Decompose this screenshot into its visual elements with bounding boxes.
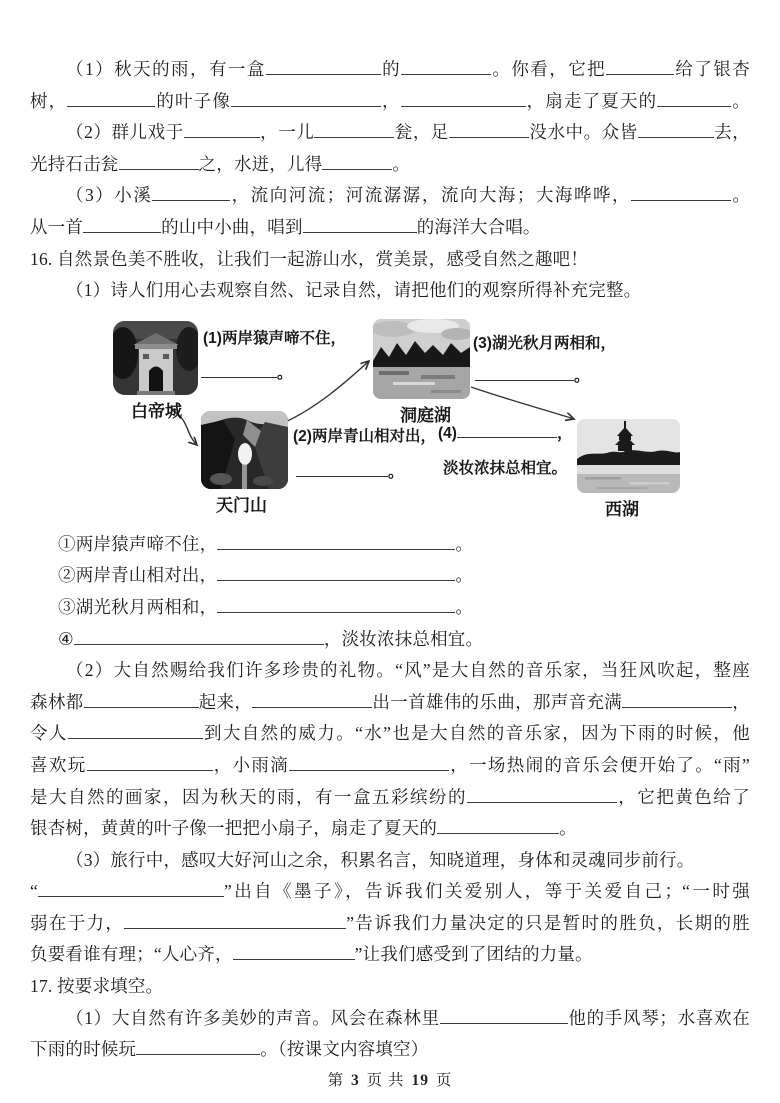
poem-scene-diagram: 白帝城 天门山 洞庭湖 西湖 (1)两岸猿声啼不住， 。 (2)两岸青山相对出，… xyxy=(100,311,700,523)
text-run: 。 xyxy=(455,534,473,554)
text-run: 。 xyxy=(731,185,750,205)
fill-in-blank xyxy=(437,817,559,834)
fill-in-blank xyxy=(217,596,455,613)
fill-in-blank xyxy=(38,880,224,897)
text-run: 的海洋大合唱。 xyxy=(417,217,541,237)
text-line: ④，淡妆浓抹总相宜。 xyxy=(30,624,750,656)
text-run: ，它把黄色给了 xyxy=(617,787,750,807)
fill-in-blank xyxy=(314,121,394,138)
fill-in-blank xyxy=(84,691,199,708)
text-line: 银杏树，黄黄的叶子像一把把小扇子，扇走了夏天的。 xyxy=(30,813,750,845)
text-line: 负要看谁有理；“人心齐，”让我们感受到了团结的力量。 xyxy=(30,939,750,971)
fill-in-blank xyxy=(231,90,381,107)
text-run: ”让我们感受到了团结的力量。 xyxy=(355,944,593,964)
fill-in-blank xyxy=(631,184,731,201)
text-run: （2）大自然赐给我们许多珍贵的礼物。“风”是大自然的音乐家，当狂风吹起，整座 xyxy=(66,660,750,680)
fill-in-blank xyxy=(217,564,455,581)
text-run: 森林都 xyxy=(30,692,84,712)
fill-in-blank xyxy=(401,58,491,75)
text-run: “ xyxy=(30,881,38,901)
text-run: （3）小溪 xyxy=(66,185,152,205)
mountain-cave-illustration xyxy=(201,411,288,489)
fill-in-blank xyxy=(657,90,731,107)
fill-in-blank xyxy=(289,754,449,771)
text-run: 光持石击瓮 xyxy=(30,154,119,174)
poem-line-1-answer: 。 xyxy=(201,361,293,383)
footer-text: 页 xyxy=(436,1072,453,1089)
text-run: 。（按课文内容填空） xyxy=(260,1039,428,1059)
text-run: ”告诉我们力量决定的只是暂时的胜负，长期的胜 xyxy=(346,913,750,933)
fill-in-blank xyxy=(322,153,392,170)
text-run: ，小雨滴 xyxy=(213,755,290,775)
question-15-block: （1）秋天的雨，有一盒的。你看，它把给了银杏树，的叶子像，，扇走了夏天的。（2）… xyxy=(30,54,750,307)
xihu-caption: 西湖 xyxy=(605,495,639,520)
fill-in-blank xyxy=(217,533,455,550)
poem-line-1-label: (1)两岸猿声啼不住， xyxy=(203,326,346,348)
fill-in-blank xyxy=(622,691,732,708)
fill-in-blank xyxy=(467,785,617,802)
tianmenshan-caption: 天门山 xyxy=(216,491,267,516)
text-run: 给了银杏 xyxy=(674,59,750,79)
text-line: 树，的叶子像，，扇走了夏天的。 xyxy=(30,86,750,118)
page-footer: 第 3 页 共 19 页 xyxy=(30,1068,750,1090)
text-run: ，扇走了夏天的 xyxy=(526,91,658,111)
text-line: 令人到大自然的威力。“水”也是大自然的音乐家，因为下雨的时候，他 xyxy=(30,718,750,750)
text-run: （3）旅行中，感叹大好河山之余，积累名言，知晓道理，身体和灵魂同步前行。 xyxy=(66,850,694,870)
exam-page: （1）秋天的雨，有一盒的。你看，它把给了银杏树，的叶子像，，扇走了夏天的。（2）… xyxy=(0,0,780,1103)
xihu-photo xyxy=(577,419,680,493)
text-run: ， xyxy=(732,692,750,712)
fill-in-blank xyxy=(440,1007,568,1024)
text-run: 瓮，足 xyxy=(394,122,449,142)
fill-in-blank xyxy=(638,121,714,138)
text-run: ”出自《墨子》，告诉我们关爱别人，等于关爱自己；“一时强 xyxy=(224,881,750,901)
text-run: 17. 按要求填空。 xyxy=(30,976,163,996)
text-run: 他的手风琴；水喜欢在 xyxy=(568,1008,750,1028)
text-run: 。 xyxy=(559,818,577,838)
text-run: 银杏树，黄黄的叶子像一把把小扇子，扇走了夏天的 xyxy=(30,818,437,838)
footer-text: 页 共 xyxy=(367,1072,405,1089)
text-line: （3）小溪，流向河流；河流潺潺，流向大海；大海哗哗，。 xyxy=(30,180,750,212)
fill-in-blank xyxy=(606,58,674,75)
text-line: 森林都起来，出一首雄伟的乐曲，那声音充满， xyxy=(30,687,750,719)
text-run: ， xyxy=(381,91,401,111)
fill-in-blank xyxy=(266,58,381,75)
text-run: 下雨的时候玩 xyxy=(30,1039,136,1059)
period: 。 xyxy=(277,365,293,382)
text-run: 之，水迸，儿得 xyxy=(199,154,323,174)
text-run: 没水中。众皆 xyxy=(529,122,638,142)
fill-in-blank xyxy=(68,722,203,739)
text-line: ③湖光秋月两相和，。 xyxy=(30,592,750,624)
questions-16-17-block: ①两岸猿声啼不住，。②两岸青山相对出，。③湖光秋月两相和，。④，淡妆浓抹总相宜。… xyxy=(30,529,750,1066)
poem-line-4-row: (4)， xyxy=(438,421,572,443)
text-run: （1）大自然有许多美妙的声音。风会在森林里 xyxy=(66,1008,440,1028)
fill-in-blank xyxy=(201,364,277,378)
text-line: （3）旅行中，感叹大好河山之余，积累名言，知晓道理，身体和灵魂同步前行。 xyxy=(30,845,750,877)
pagoda-lake-illustration xyxy=(577,419,680,493)
text-line: （1）秋天的雨，有一盒的。你看，它把给了银杏 xyxy=(30,54,750,86)
text-line: 是大自然的画家，因为秋天的雨，有一盒五彩缤纷的，它把黄色给了 xyxy=(30,782,750,814)
text-line: 弱在于力，”告诉我们力量决定的只是暂时的胜负，长期的胜 xyxy=(30,908,750,940)
text-run: 弱在于力， xyxy=(30,913,124,933)
poem-line-4-prefix: (4) xyxy=(438,425,457,442)
fill-in-blank xyxy=(87,754,213,771)
poem-line-3-answer: 。 xyxy=(475,364,590,386)
text-run: 。 xyxy=(455,597,473,617)
tianmenshan-photo xyxy=(201,411,288,489)
text-line: 光持石击瓮之，水迸，儿得。 xyxy=(30,149,750,181)
text-run: ，一场热闹的音乐会便开始了。“雨” xyxy=(449,755,750,775)
fill-in-blank xyxy=(83,216,161,233)
text-run: 喜欢玩 xyxy=(30,755,87,775)
fill-in-blank xyxy=(457,424,557,438)
text-run: 令人 xyxy=(30,723,68,743)
text-run: 的山中小曲，唱到 xyxy=(161,217,303,237)
text-run: ，流向河流；河流潺潺，流向大海；大海哗哗， xyxy=(230,185,631,205)
temple-gate-illustration xyxy=(113,321,198,395)
text-line: ①两岸猿声啼不住，。 xyxy=(30,529,750,561)
poem-line-2-answer: 。 xyxy=(296,460,404,482)
text-run: （2）群儿戏于 xyxy=(66,122,184,142)
fill-in-blank xyxy=(119,153,199,170)
text-run: 到大自然的威力。“水”也是大自然的音乐家，因为下雨的时候，他 xyxy=(203,723,750,743)
text-run: （1）秋天的雨，有一盒 xyxy=(66,59,266,79)
text-run: 。你看，它把 xyxy=(491,59,606,79)
text-run: 树， xyxy=(30,91,67,111)
text-line: ②两岸青山相对出，。 xyxy=(30,560,750,592)
text-line: 喜欢玩，小雨滴，一场热闹的音乐会便开始了。“雨” xyxy=(30,750,750,782)
text-run: 负要看谁有理；“人心齐， xyxy=(30,944,233,964)
text-run: 。 xyxy=(392,154,410,174)
text-run: 16. 自然景色美不胜收，让我们一起游山水，赏美景，感受自然之趣吧！ xyxy=(30,249,588,269)
text-line: （2）群儿戏于，一儿瓮，足没水中。众皆去， xyxy=(30,117,750,149)
text-run: 的 xyxy=(381,59,401,79)
lake-mountains-illustration xyxy=(373,319,470,399)
text-run: ②两岸青山相对出， xyxy=(58,565,217,585)
text-run: （1）诗人们用心去观察自然、记录自然，请把他们的观察所得补充完整。 xyxy=(66,280,641,300)
total-pages: 19 xyxy=(409,1072,431,1089)
text-run: ①两岸猿声啼不住， xyxy=(58,534,217,554)
fill-in-blank xyxy=(449,121,529,138)
text-line: （1）诗人们用心去观察自然、记录自然，请把他们的观察所得补充完整。 xyxy=(30,275,750,307)
text-line: 16. 自然景色美不胜收，让我们一起游山水，赏美景，感受自然之趣吧！ xyxy=(30,244,750,276)
fill-in-blank xyxy=(67,90,155,107)
text-run: 。 xyxy=(455,565,473,585)
page-number: 3 xyxy=(349,1072,362,1089)
text-line: 从一首的山中小曲，唱到的海洋大合唱。 xyxy=(30,212,750,244)
text-run: ③湖光秋月两相和， xyxy=(58,597,217,617)
text-run: 是大自然的画家，因为秋天的雨，有一盒五彩缤纷的 xyxy=(30,787,467,807)
fill-in-blank xyxy=(401,90,526,107)
text-run: ，淡妆浓抹总相宜。 xyxy=(324,629,483,649)
period: 。 xyxy=(574,368,590,385)
baidicheng-caption: 白帝城 xyxy=(131,397,182,422)
text-run: ，一儿 xyxy=(260,122,315,142)
text-run: 。 xyxy=(731,91,750,111)
text-run: 起来， xyxy=(199,692,253,712)
text-run: ④ xyxy=(58,629,74,649)
dongtinghu-photo xyxy=(373,319,470,399)
text-run: 的叶子像 xyxy=(155,91,231,111)
text-line: （2）大自然赐给我们许多珍贵的礼物。“风”是大自然的音乐家，当狂风吹起，整座 xyxy=(30,655,750,687)
poem-line-4-tail: 淡妆浓抹总相宜。 xyxy=(443,456,567,478)
text-run: 从一首 xyxy=(30,217,83,237)
fill-in-blank xyxy=(303,216,417,233)
fill-in-blank xyxy=(252,691,372,708)
poem-line-3-label: (3)湖光秋月两相和， xyxy=(473,331,616,353)
fill-in-blank xyxy=(152,184,230,201)
text-line: “”出自《墨子》，告诉我们关爱别人，等于关爱自己；“一时强 xyxy=(30,876,750,908)
fill-in-blank xyxy=(74,627,324,644)
fill-in-blank xyxy=(475,367,574,381)
period: 。 xyxy=(388,464,404,481)
fill-in-blank xyxy=(296,463,388,477)
poem-line-2-label: (2)两岸青山相对出， xyxy=(293,424,436,446)
fill-in-blank xyxy=(233,943,355,960)
text-line: （1）大自然有许多美妙的声音。风会在森林里他的手风琴；水喜欢在 xyxy=(30,1003,750,1035)
fill-in-blank xyxy=(136,1038,260,1055)
fill-in-blank xyxy=(184,121,260,138)
baidicheng-photo xyxy=(113,321,198,395)
fill-in-blank xyxy=(124,912,346,929)
text-run: 出一首雄伟的乐曲，那声音充满 xyxy=(372,692,622,712)
footer-text: 第 xyxy=(328,1072,345,1089)
text-line: 17. 按要求填空。 xyxy=(30,971,750,1003)
text-line: 下雨的时候玩。（按课文内容填空） xyxy=(30,1034,750,1066)
text-run: 去， xyxy=(714,122,750,142)
comma: ， xyxy=(557,425,573,442)
